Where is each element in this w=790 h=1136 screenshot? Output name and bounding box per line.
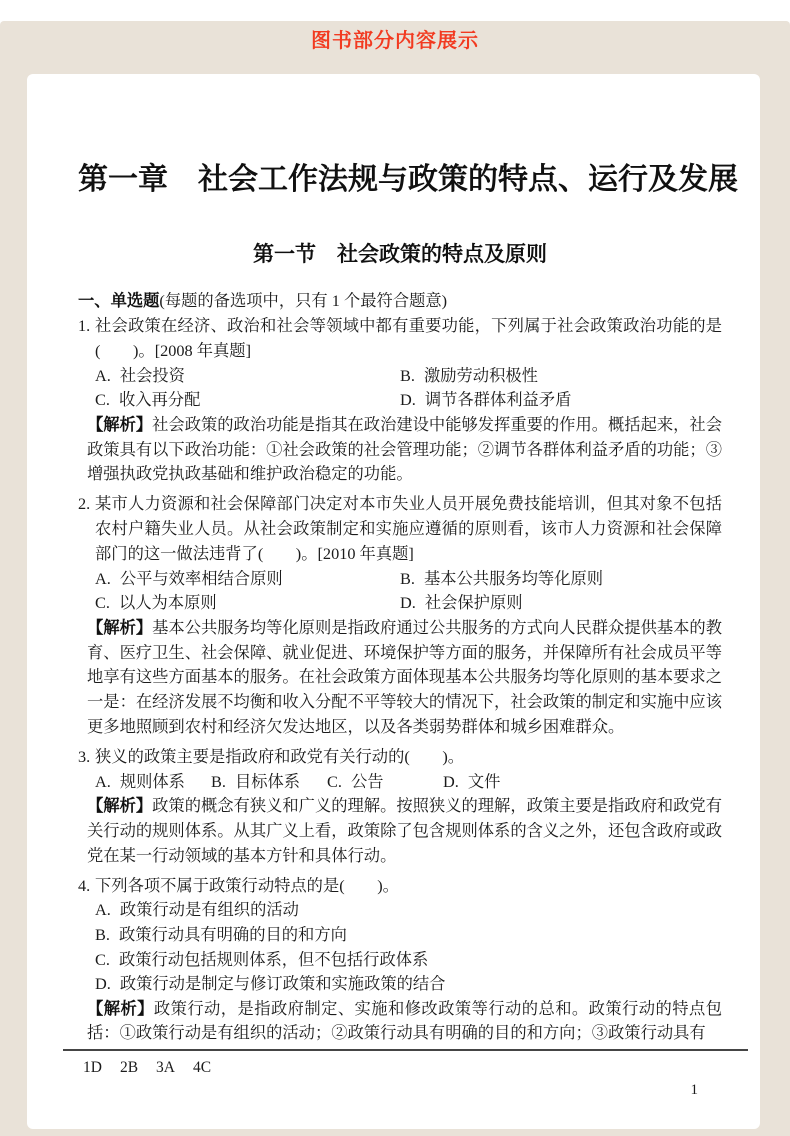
answer-key-item-4: 4C (193, 1059, 211, 1076)
option-label: B. (211, 772, 226, 791)
chapter-title: 第一章 社会工作法规与政策的特点、运行及发展 (78, 74, 722, 200)
option-label: C. (327, 772, 342, 791)
option-text: 收入再分配 (119, 390, 200, 409)
analysis-label: 【解析】 (87, 1000, 154, 1018)
option-label: A. (95, 569, 111, 588)
option-label: C. (95, 950, 110, 969)
analysis-text: 基本公共服务均等化原则是指政府通过公共服务的方式向人民群众提供基本的教育、医疗卫… (87, 618, 722, 736)
question-body: 某市人力资源和社会保障部门决定对本市失业人员开展免费技能培训，但其对象不包括农村… (95, 492, 722, 740)
option-d: D.社会保护原则 (400, 591, 722, 616)
option-text: 调节各群体利益矛盾 (425, 390, 572, 409)
background-panel: 图书部分内容展示 第一章 社会工作法规与政策的特点、运行及发展 第一节 社会政策… (0, 21, 790, 1136)
question-3: 3. 狭义的政策主要是指政府和政党有关行动的( )。 A.规则体系 B.目标体系… (78, 745, 722, 869)
question-type-heading: 一、单选题(每题的备选项中，只有 1 个最符合题意) (78, 288, 722, 314)
question-body: 下列各项不属于政策行动特点的是( )。 A.政策行动是有组织的活动 B.政策行动… (95, 874, 722, 1047)
question-1: 1. 社会政策在经济、政治和社会等领域中都有重要功能，下列属于社会政策政治功能的… (78, 314, 722, 487)
option-text: 政策行动包括规则体系，但不包括行政体系 (119, 950, 428, 969)
footnote-divider (63, 1049, 748, 1051)
question-type-label: 一、单选题 (78, 292, 159, 310)
option-label: B. (400, 366, 415, 385)
option-c: C.公告 (327, 770, 443, 795)
option-text: 公平与效率相结合原则 (120, 569, 283, 588)
option-label: D. (400, 593, 416, 612)
option-a: A.规则体系 (95, 770, 211, 795)
option-text: 激励劳动积极性 (424, 366, 538, 385)
option-text: 目标体系 (235, 772, 300, 791)
option-text: 规则体系 (120, 772, 185, 791)
option-a: A.社会投资 (95, 364, 400, 389)
option-c: C.以人为本原则 (95, 591, 400, 616)
question-body: 狭义的政策主要是指政府和政党有关行动的( )。 A.规则体系 B.目标体系 C.… (95, 745, 722, 869)
analysis-text: 政策行动，是指政府制定、实施和修改政策等行动的总和。政策行动的特点包括：①政策行… (87, 999, 722, 1043)
options-grid: A.规则体系 B.目标体系 C.公告 D.文件 (95, 770, 722, 795)
question-stem: 下列各项不属于政策行动特点的是( )。 (95, 874, 722, 899)
banner-title: 图书部分内容展示 (0, 30, 790, 53)
analysis: 【解析】政策行动，是指政府制定、实施和修改政策等行动的总和。政策行动的特点包括：… (87, 997, 722, 1047)
question-body: 社会政策在经济、政治和社会等领域中都有重要功能，下列属于社会政策政治功能的是( … (95, 314, 722, 487)
section-title: 第一节 社会政策的特点及原则 (78, 244, 722, 266)
option-label: A. (95, 366, 111, 385)
option-text: 政策行动是有组织的活动 (120, 900, 299, 919)
option-text: 文件 (468, 772, 501, 791)
book-page: 第一章 社会工作法规与政策的特点、运行及发展 第一节 社会政策的特点及原则 一、… (27, 74, 760, 1129)
options-grid: A.社会投资 B.激励劳动积极性 C.收入再分配 D.调节各群体利益矛盾 (95, 364, 722, 413)
analysis-label: 【解析】 (87, 619, 152, 637)
option-label: C. (95, 390, 110, 409)
option-label: A. (95, 900, 111, 919)
option-label: D. (443, 772, 459, 791)
option-text: 以人为本原则 (119, 593, 217, 612)
analysis: 【解析】基本公共服务均等化原则是指政府通过公共服务的方式向人民群众提供基本的教育… (87, 616, 722, 740)
option-d: D.政策行动是制定与修订政策和实施政策的结合 (95, 972, 722, 997)
answer-key-item-3: 3A (156, 1059, 175, 1076)
question-stem: 狭义的政策主要是指政府和政党有关行动的( )。 (95, 745, 722, 770)
question-type-note: (每题的备选项中，只有 1 个最符合题意) (159, 291, 447, 310)
option-text: 政策行动是制定与修订政策和实施政策的结合 (120, 974, 446, 993)
option-b: B.激励劳动积极性 (400, 364, 722, 389)
option-d: D.文件 (443, 770, 722, 795)
option-label: C. (95, 593, 110, 612)
question-stem: 社会政策在经济、政治和社会等领域中都有重要功能，下列属于社会政策政治功能的是( … (95, 314, 722, 364)
option-c: C.收入再分配 (95, 388, 400, 413)
option-label: D. (400, 390, 416, 409)
answer-key-item-2: 2B (120, 1059, 138, 1076)
option-b: B.政策行动具有明确的目的和方向 (95, 923, 722, 948)
analysis-text: 政策的概念有狭义和广义的理解。按照狭义的理解，政策主要是指政府和政党有关行动的规… (87, 796, 722, 865)
option-label: A. (95, 772, 111, 791)
analysis: 【解析】社会政策的政治功能是指其在政治建设中能够发挥重要的作用。概括起来，社会政… (87, 413, 722, 487)
option-label: D. (95, 974, 111, 993)
options-list: A.政策行动是有组织的活动 B.政策行动具有明确的目的和方向 C.政策行动包括规… (95, 898, 722, 996)
answer-key-item-1: 1D (83, 1059, 102, 1076)
option-text: 公告 (351, 772, 384, 791)
question-4: 4. 下列各项不属于政策行动特点的是( )。 A.政策行动是有组织的活动 B.政… (78, 874, 722, 1047)
option-text: 社会投资 (120, 366, 185, 385)
option-text: 社会保护原则 (425, 593, 523, 612)
option-label: B. (95, 925, 110, 944)
analysis-label: 【解析】 (87, 416, 152, 434)
option-b: B.目标体系 (211, 770, 327, 795)
options-grid: A.公平与效率相结合原则 B.基本公共服务均等化原则 C.以人为本原则 D.社会… (95, 567, 722, 616)
option-d: D.调节各群体利益矛盾 (400, 388, 722, 413)
option-b: B.基本公共服务均等化原则 (400, 567, 722, 592)
option-text: 基本公共服务均等化原则 (424, 569, 603, 588)
question-stem: 某市人力资源和社会保障部门决定对本市失业人员开展免费技能培训，但其对象不包括农村… (95, 492, 722, 566)
page-number: 1 (78, 1082, 722, 1099)
option-a: A.政策行动是有组织的活动 (95, 898, 722, 923)
option-a: A.公平与效率相结合原则 (95, 567, 400, 592)
analysis: 【解析】政策的概念有狭义和广义的理解。按照狭义的理解，政策主要是指政府和政党有关… (87, 794, 722, 868)
analysis-text: 社会政策的政治功能是指其在政治建设中能够发挥重要的作用。概括起来，社会政策具有以… (87, 415, 722, 484)
option-c: C.政策行动包括规则体系，但不包括行政体系 (95, 948, 722, 973)
option-text: 政策行动具有明确的目的和方向 (119, 925, 347, 944)
answer-key: 1D2B3A4C (78, 1059, 722, 1077)
analysis-label: 【解析】 (87, 797, 152, 815)
option-label: B. (400, 569, 415, 588)
question-2: 2. 某市人力资源和社会保障部门决定对本市失业人员开展免费技能培训，但其对象不包… (78, 492, 722, 740)
